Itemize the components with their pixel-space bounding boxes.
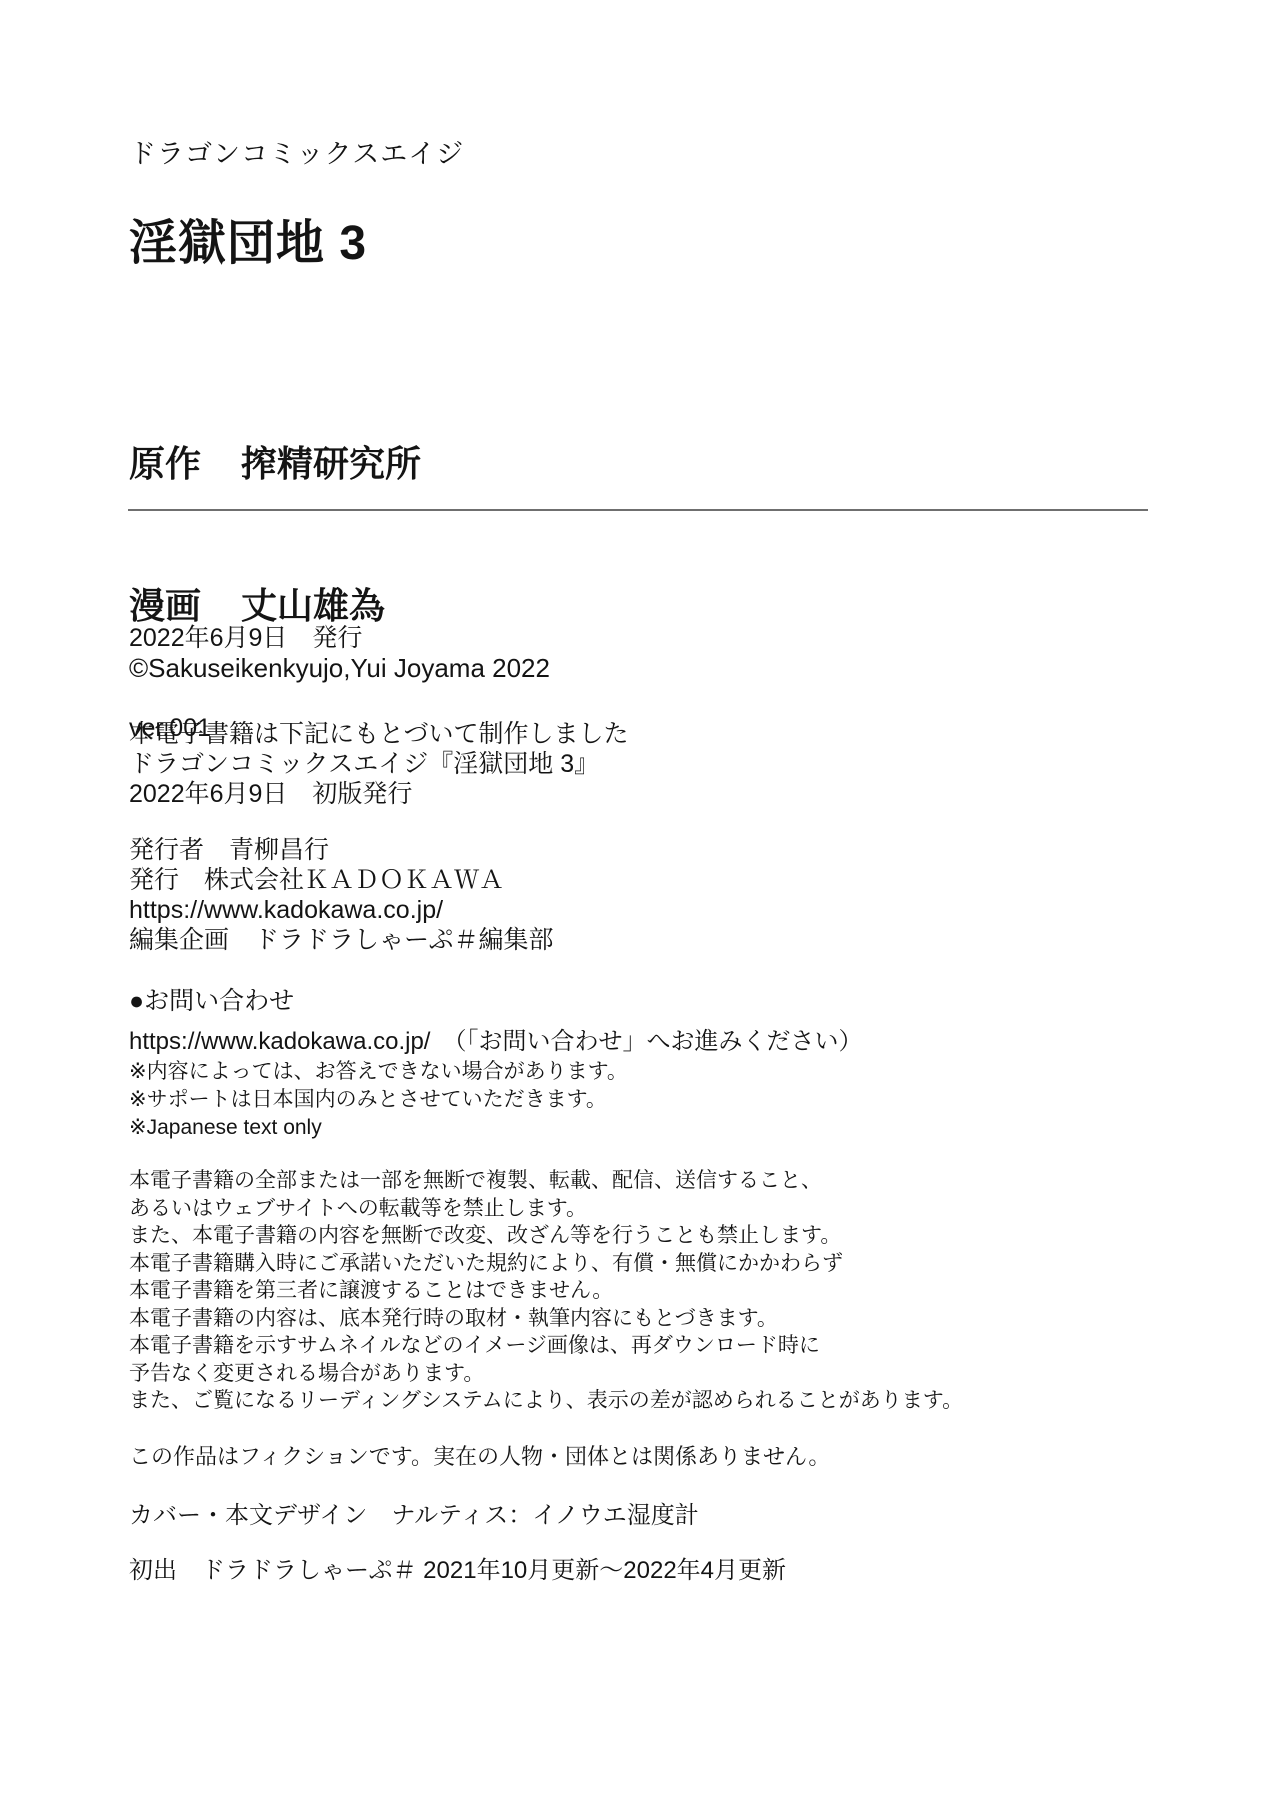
contact-url-line: https://www.kadokawa.co.jp/ （「お問い合わせ」へお進… [129, 1021, 862, 1056]
colophon-page: ドラゴンコミックスエイジ 淫獄団地 3 原作 搾精研究所 漫画 丈山雄為 202… [0, 0, 1280, 1820]
first-publication-line: 初出 ドラドラしゃーぷ＃ 2021年10月更新～2022年4月更新 [129, 1550, 786, 1585]
copyright-line: ©Sakuseikenkyujo,Yui Joyama 2022 [129, 653, 550, 684]
publisher-line: https://www.kadokawa.co.jp/ [129, 895, 554, 925]
contact-notes-block: ※内容によっては、お答えできない場合があります。※サポートは日本国内のみとさせて… [129, 1058, 628, 1142]
source-note-line: 本電子書籍は下記にもとづいて制作しました [129, 719, 629, 749]
credit-name: 搾精研究所 [241, 436, 421, 487]
contact-note-line: ※Japanese text only [129, 1114, 628, 1142]
legal-line: あるいはウェブサイトへの転載等を禁止します。 [129, 1195, 963, 1223]
legal-line: 本電子書籍を第三者に譲渡することはできません。 [129, 1277, 963, 1305]
publisher-block: 発行者 青柳昌行発行 株式会社ＫＡＤＯＫＡＷＡhttps://www.kadok… [129, 835, 554, 955]
contact-note-line: ※内容によっては、お答えできない場合があります。 [129, 1058, 628, 1086]
legal-line: 本電子書籍を示すサムネイルなどのイメージ画像は、再ダウンロード時に [129, 1332, 963, 1360]
issue-date-line: 2022年6月9日 発行 [129, 623, 362, 653]
publisher-line: 発行 株式会社ＫＡＤＯＫＡＷＡ [129, 865, 554, 895]
publisher-line: 編集企画 ドラドラしゃーぷ＃編集部 [129, 925, 554, 955]
source-note-block: 本電子書籍は下記にもとづいて制作しましたドラゴンコミックスエイジ『淫獄団地 3』… [129, 719, 629, 809]
credit-row-original-work: 原作 搾精研究所 [129, 436, 421, 494]
contact-heading: ●お問い合わせ [129, 981, 294, 1017]
source-note-line: 2022年6月9日 初版発行 [129, 779, 629, 809]
divider-line [128, 509, 1148, 511]
legal-line: 本電子書籍の全部または一部を無断で複製、転載、配信、送信すること、 [129, 1167, 963, 1195]
legal-line: 本電子書籍購入時にご承諾いただいた規約により、有償・無償にかかわらず [129, 1250, 963, 1278]
source-note-line: ドラゴンコミックスエイジ『淫獄団地 3』 [129, 749, 629, 779]
legal-block: 本電子書籍の全部または一部を無断で複製、転載、配信、送信すること、あるいはウェブ… [129, 1167, 963, 1415]
legal-line: また、ご覧になるリーディングシステムにより、表示の差が認められることがあります。 [129, 1387, 963, 1415]
legal-line: 本電子書籍の内容は、底本発行時の取材・執筆内容にもとづきます。 [129, 1305, 963, 1333]
credit-role: 原作 [129, 436, 201, 487]
legal-line: 予告なく変更される場合があります。 [129, 1360, 963, 1388]
contact-note-line: ※サポートは日本国内のみとさせていただきます。 [129, 1086, 628, 1114]
fiction-note: この作品はフィクションです。実在の人物・団体とは関係ありません。 [129, 1440, 830, 1471]
book-title: 淫獄団地 3 [129, 204, 367, 273]
publisher-line: 発行者 青柳昌行 [129, 835, 554, 865]
legal-line: また、本電子書籍の内容を無断で改変、改ざん等を行うことも禁止します。 [129, 1222, 963, 1250]
imprint-label: ドラゴンコミックスエイジ [129, 132, 464, 171]
design-credit-line: カバー・本文デザイン ナルティス：イノウエ湿度計 [129, 1495, 699, 1530]
